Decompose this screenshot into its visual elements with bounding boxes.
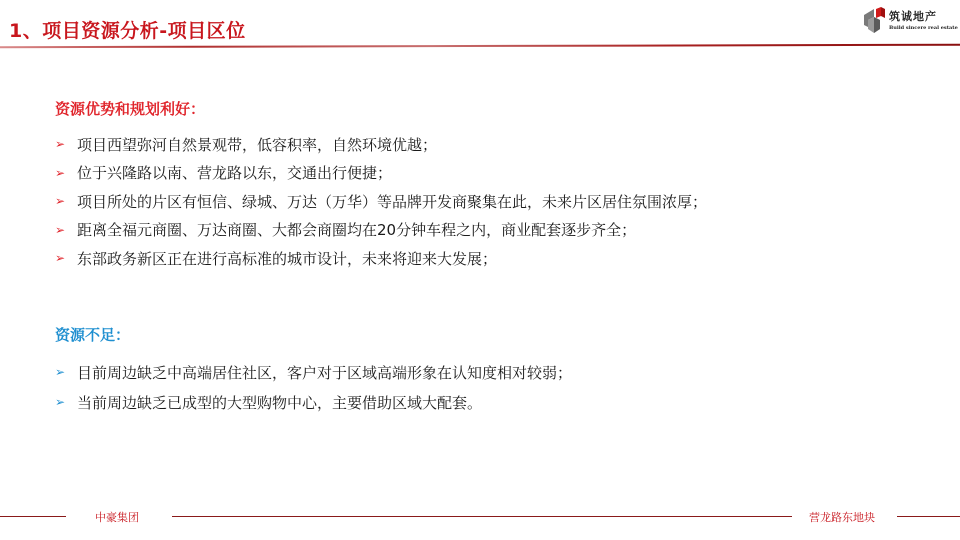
footer-project: 营龙路东地块: [809, 509, 875, 525]
arrow-right-icon: ➢: [55, 252, 68, 264]
shortcomings-list: ➢目前周边缺乏中高端居住社区，客户对于区域高端形象在认知度相对较弱； ➢当前周边…: [55, 357, 572, 417]
arrow-right-icon: ➢: [55, 167, 68, 179]
list-item: ➢当前周边缺乏已成型的大型购物中心，主要借助区域大配套。: [55, 387, 572, 417]
list-item: ➢项目所处的片区有恒信、绿城、万达（万华）等品牌开发商聚集在此，未来片区居住氛围…: [55, 187, 707, 216]
arrow-right-icon: ➢: [55, 366, 68, 378]
list-item: ➢项目西望弥河自然景观带，低容积率，自然环境优越；: [55, 130, 707, 159]
list-item-text: 距离全福元商圈、万达商圈、大都会商圈均在20分钟车程之内，商业配套逐步齐全；: [77, 219, 636, 240]
arrow-right-icon: ➢: [55, 138, 68, 150]
advantages-list: ➢项目西望弥河自然景观带，低容积率，自然环境优越； ➢位于兴隆路以南、营龙路以东…: [55, 130, 707, 273]
shortcomings-heading: 资源不足：: [55, 324, 130, 345]
footer-divider-right: [897, 516, 960, 517]
arrow-right-icon: ➢: [55, 195, 68, 207]
list-item: ➢距离全福元商圈、万达商圈、大都会商圈均在20分钟车程之内，商业配套逐步齐全；: [55, 216, 707, 245]
advantages-heading: 资源优势和规划利好：: [55, 98, 205, 119]
logo-cube-icon: [862, 7, 886, 35]
list-item-text: 当前周边缺乏已成型的大型购物中心，主要借助区域大配套。: [77, 392, 482, 413]
footer-divider-center: [172, 516, 792, 517]
page-title: 1、项目资源分析-项目区位: [9, 16, 246, 43]
list-item-text: 东部政务新区正在进行高标准的城市设计，未来将迎来大发展；: [77, 248, 497, 269]
list-item: ➢位于兴隆路以南、营龙路以东，交通出行便捷；: [55, 159, 707, 188]
arrow-right-icon: ➢: [55, 396, 68, 408]
logo-name-en: Build sincere real estate: [889, 25, 958, 31]
arrow-right-icon: ➢: [55, 224, 68, 236]
list-item: ➢东部政务新区正在进行高标准的城市设计，未来将迎来大发展；: [55, 244, 707, 273]
list-item: ➢目前周边缺乏中高端居住社区，客户对于区域高端形象在认知度相对较弱；: [55, 357, 572, 387]
list-item-text: 目前周边缺乏中高端居住社区，客户对于区域高端形象在认知度相对较弱；: [77, 362, 572, 383]
company-logo: 筑诚地产 Build sincere real estate: [862, 5, 942, 37]
footer-company: 中豪集团: [95, 509, 139, 525]
list-item-text: 项目西望弥河自然景观带，低容积率，自然环境优越；: [77, 134, 437, 155]
header-divider: [0, 44, 960, 49]
list-item-text: 项目所处的片区有恒信、绿城、万达（万华）等品牌开发商聚集在此，未来片区居住氛围浓…: [77, 191, 707, 212]
list-item-text: 位于兴隆路以南、营龙路以东，交通出行便捷；: [77, 162, 392, 183]
footer-divider-left: [0, 516, 66, 517]
logo-name-cn: 筑诚地产: [889, 8, 937, 24]
